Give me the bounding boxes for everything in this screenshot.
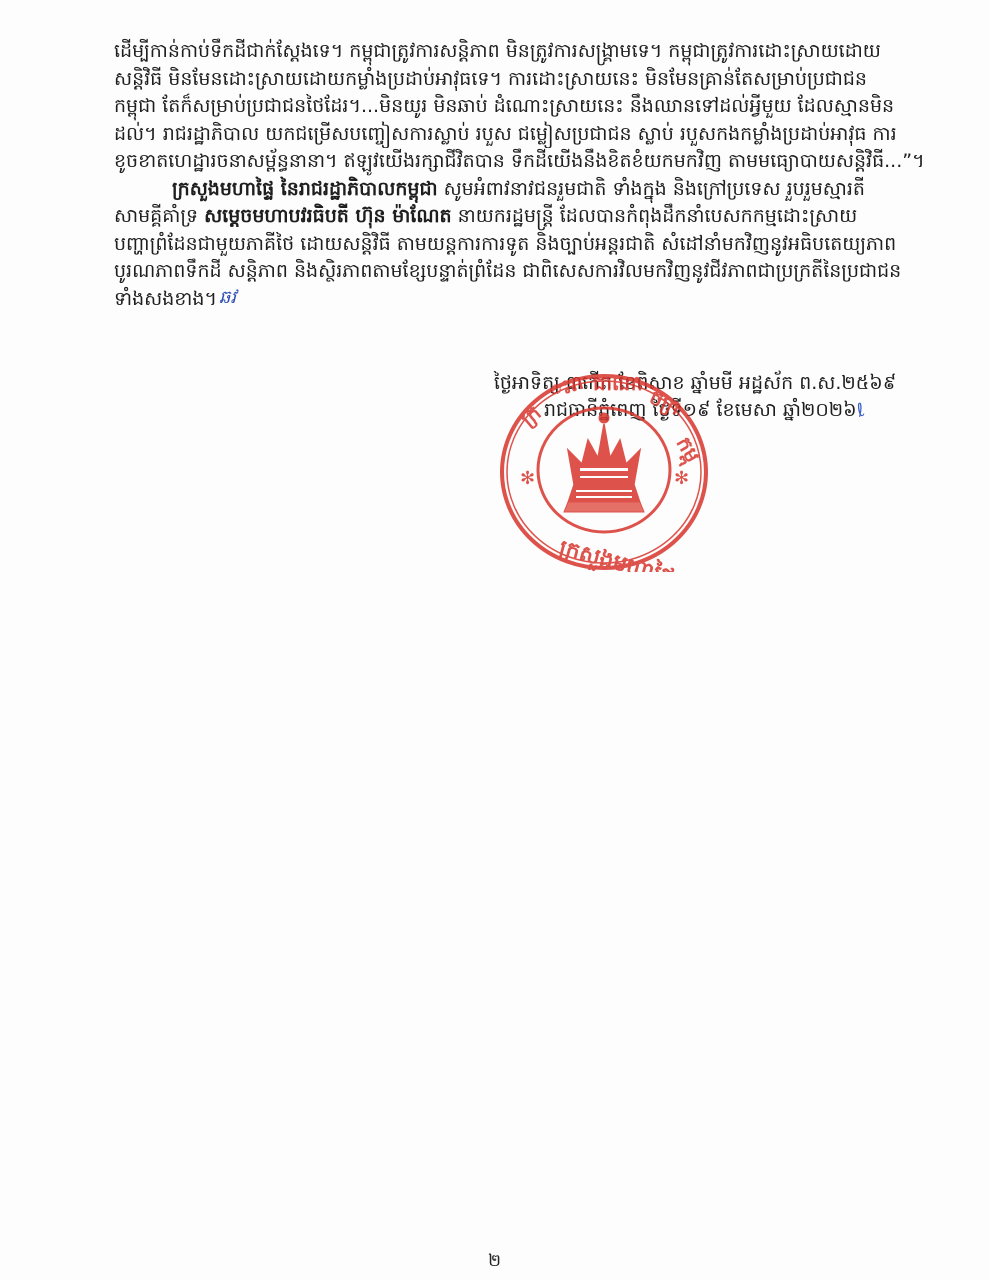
lunar-date: ថ្ងៃអាទិត្យ ៣កើត ខែពិសាខ ឆ្នាំមមី អដ្ឋស័… <box>470 370 920 397</box>
date-block: ថ្ងៃអាទិត្យ ៣កើត ខែពិសាខ ឆ្នាំមមី អដ្ឋស័… <box>470 370 920 424</box>
place-date: រាជធានីភ្នំពេញ ថ្ងៃទី១៩ ខែមេសា ឆ្នាំ២០២៦… <box>470 397 920 424</box>
paragraph-1-line-3: កម្ពុជា តែក៏សម្រាប់ប្រជាជនថៃដែរ។...មិនយូ… <box>114 93 944 121</box>
ministry-name: ក្រសួងមហាផ្ទៃ នៃរាជរដ្ឋាភិបាលកម្ពុជា <box>172 178 438 200</box>
paragraph-2-line-3: បញ្ហាព្រំដែនជាមួយភាគីថៃ ដោយសន្តិវិធី តាម… <box>114 231 944 259</box>
paragraph-2-line-1: ក្រសួងមហាផ្ទៃ នៃរាជរដ្ឋាភិបាលកម្ពុជា សូម… <box>114 176 944 204</box>
paragraph-1-line-1: ដើម្បីកាន់កាប់ទឹកដីជាក់ស្តែងទេ។ កម្ពុជាត… <box>114 38 944 66</box>
paragraph-2-line-2-start: សាមគ្គីគាំទ្រ <box>114 205 204 227</box>
prime-minister-name: សម្តេចមហាបវរធិបតី ហ៊ុន ម៉ាណែត <box>204 205 451 227</box>
paragraph-2-line-4: បូរណភាពទឹកដី សន្តិភាព និងស្ថិរភាពតាមខ្សែ… <box>114 258 944 286</box>
document-body: ដើម្បីកាន់កាប់ទឹកដីជាក់ស្តែងទេ។ កម្ពុជាត… <box>114 38 944 313</box>
document-page: ដើម្បីកាន់កាប់ទឹកដីជាក់ស្តែងទេ។ កម្ពុជាត… <box>0 0 989 1280</box>
svg-text:✻: ✻ <box>520 468 535 489</box>
handwritten-initials: ឆវ <box>219 286 236 312</box>
paragraph-1-line-4: ដល់។ រាជរដ្ឋាភិបាល យកជម្រើសបញ្ចៀសការស្លា… <box>114 121 944 149</box>
paragraph-2-line-5: ទាំងសងខាង។ឆវ <box>114 286 944 314</box>
svg-text:កម្ពុ: កម្ពុ <box>667 433 705 470</box>
page-number: ២ <box>0 1250 989 1275</box>
svg-text:ក្រសួងមហាផ្ទៃ: ក្រសួងមហាផ្ទៃ <box>556 533 678 572</box>
paragraph-2-line-2-rest: នាយករដ្ឋមន្ត្រី ដែលបានកំពុងដឹកនាំបេសកកម្… <box>452 205 858 227</box>
paragraph-1-line-5: ខូចខាតហេដ្ឋារចនាសម្ព័ន្ធនានា។ ឥឡូវយើងរក្… <box>114 148 944 176</box>
svg-text:✻: ✻ <box>674 468 689 489</box>
paragraph-1-line-2: សន្តិវិធី មិនមែនដោះស្រាយដោយកម្លាំងប្រដាប… <box>114 66 944 94</box>
paragraph-2-line-2: សាមគ្គីគាំទ្រ សម្តេចមហាបវរធិបតី ហ៊ុន ម៉ា… <box>114 203 944 231</box>
paragraph-2-line-1-rest: សូមអំពាវនាវជនរួមជាតិ ទាំងក្នុង និងក្រៅប្… <box>438 178 865 200</box>
place-date-text: រាជធានីភ្នំពេញ ថ្ងៃទី១៩ ខែមេសា ឆ្នាំ២០២៦ <box>544 399 857 421</box>
paragraph-2-line-5-text: ទាំងសងខាង។ <box>114 288 217 310</box>
